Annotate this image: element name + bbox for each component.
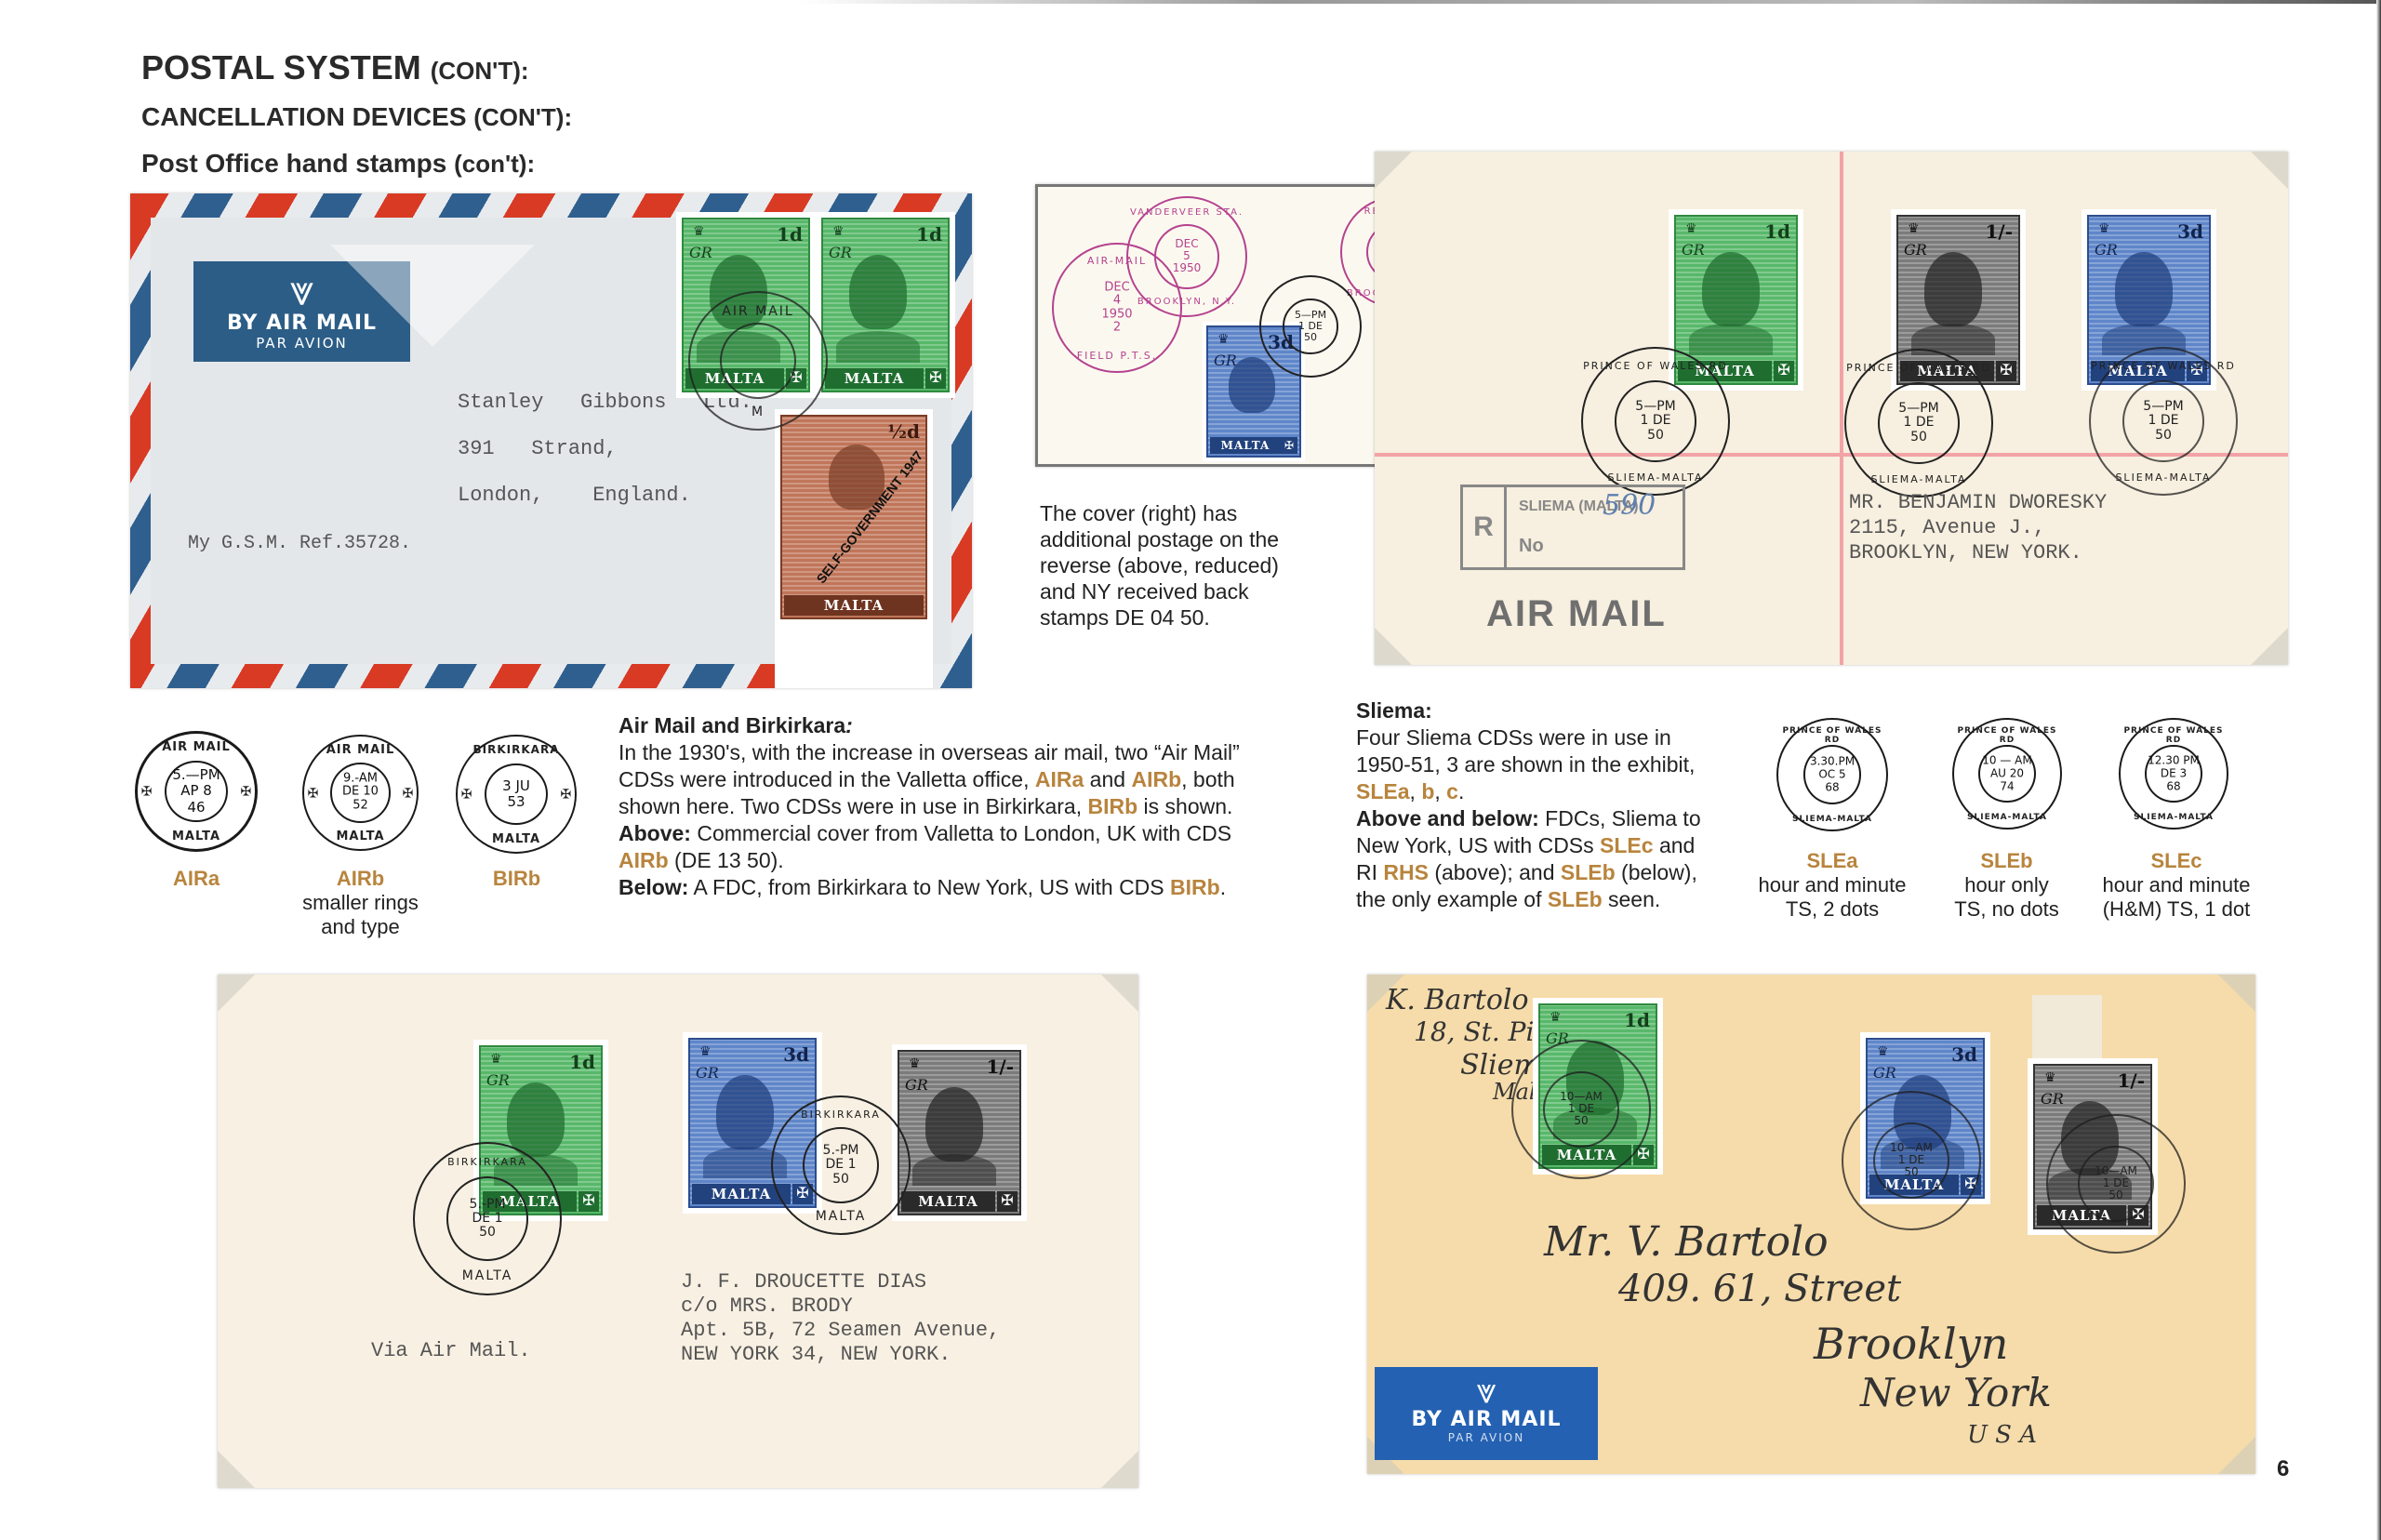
cross-icon: ✠ xyxy=(403,785,414,801)
cover-airmail-london: ⩔ BY AIR MAIL PAR AVION Stanley Gibbons … xyxy=(130,193,972,688)
crown-icon: ♛ xyxy=(832,223,845,239)
cancel-illustration-sleb: PRINCE OF WALES RD10 — AM AU 20 74SLIEMA… xyxy=(1952,718,2062,830)
registration-label: R SLIEMA (MALTA) 590 No xyxy=(1460,485,1685,570)
crown-icon: ♛ xyxy=(909,1055,921,1071)
subsection-title: Post Office hand stamps (con't): xyxy=(141,149,535,179)
postmark-sliema-slec: PRINCE OF WALES RD5—PM 1 DE 50SLIEMA-MAL… xyxy=(1844,349,1993,498)
reference-line: My G.S.M. Ref.35728. xyxy=(188,533,411,554)
cross-icon: ✠ xyxy=(561,787,572,803)
postmark-air-mail: AIR MAILM xyxy=(688,291,828,431)
cancel-label-birb: BIRb xyxy=(454,867,579,891)
cancel-illustration-airb: AIR MAIL9.-AM DE 10 52MALTA✠✠ xyxy=(302,735,419,851)
wings-icon: ⩔ xyxy=(1375,1373,1598,1408)
crown-icon: ♛ xyxy=(2098,220,2110,236)
registered-line-vertical xyxy=(1840,152,1843,665)
registration-no-label: No xyxy=(1519,536,1544,557)
scan-edge-right xyxy=(2376,0,2381,1540)
address-line: U S A xyxy=(1967,1421,2037,1449)
sliema-description: Sliema: Four Sliema CDSs were in use in … xyxy=(1356,697,1719,913)
address-line: Apt. 5B, 72 Seamen Avenue, xyxy=(681,1319,1000,1342)
sheet-margin xyxy=(2032,995,2102,1060)
stamp-1d-green: ♛GR1dMALTA✠ xyxy=(816,212,955,398)
crown-icon: ♛ xyxy=(1550,1009,1562,1025)
airmail-label: ⩔ BY AIR MAIL PAR AVION xyxy=(1375,1367,1598,1460)
cancel-illustration-slea: PRINCE OF WALES RD3.30.PM OC 5 68SLIEMA-… xyxy=(1776,718,1888,831)
stamp-halfpenny-self-government: ½dSELF-GOVERNMENT 1947MALTA xyxy=(775,409,933,688)
postmark-birkirkara-birb: BIRKIRKARA5.-PM DE 1 50MALTA xyxy=(771,1095,911,1235)
crown-icon: ♛ xyxy=(699,1043,712,1059)
cross-icon: ✠ xyxy=(241,784,252,800)
cover-birkirkara-fdc: ♛GR1dMALTA✠ ♛GR3dMALTA✠ ♛GR1/-MALTA✠ BIR… xyxy=(218,975,1138,1488)
george-cross-icon: ✠ xyxy=(1774,361,1794,381)
cancel-label-slea: SLEahour and minuteTS, 2 dots xyxy=(1739,849,1925,922)
scan-edge-top xyxy=(800,0,2381,4)
par-avion-text: PAR AVION xyxy=(193,335,410,352)
crown-icon: ♛ xyxy=(1877,1043,1889,1059)
postmark-sliema-sleb: 10—AM 1 DE 50 xyxy=(2046,1114,2186,1254)
airmail-handstamp: AIR MAIL xyxy=(1486,593,1667,635)
cancel-illustration-slec: PRINCE OF WALES RD12.30 PM DE 3 68SLIEMA… xyxy=(2119,718,2228,830)
postmark-birkirkara-birb: BIRKIRKARA5.-PM DE 1 50MALTA xyxy=(413,1142,562,1295)
reverse-caption: The cover (right) has additional postage… xyxy=(1040,500,1319,631)
postmark-sliema-slec: PRINCE OF WALES RD5—PM 1 DE 50SLIEMA-MAL… xyxy=(2089,347,2238,496)
address-line: 2115, Avenue J., xyxy=(1849,516,2045,539)
crown-icon: ♛ xyxy=(2044,1069,2056,1085)
george-cross-icon: ✠ xyxy=(997,1191,1018,1212)
registration-number: 590 xyxy=(1603,489,1656,522)
address-line: 391 Strand, xyxy=(458,437,618,460)
address-line: MR. BENJAMIN DWORESKY xyxy=(1849,491,2107,514)
postmark-sliema-sleb: 10—AM 1 DE 50 xyxy=(1511,1040,1651,1179)
address-line: c/o MRS. BRODY xyxy=(681,1294,853,1318)
address-line: BROOKLYN, NEW YORK. xyxy=(1849,541,2082,564)
address-line: New York xyxy=(1860,1370,2052,1415)
postmark-prince-of-wales-rd: 5—PM 1 DE 50 xyxy=(1259,275,1362,378)
cover-registered-brooklyn: ♛GR1dMALTA✠ ♛GR1/-MALTA✠ ♛GR3dMALTA✠ PRI… xyxy=(1375,152,2288,665)
cross-icon: ✠ xyxy=(461,787,472,803)
crown-icon: ♛ xyxy=(693,223,705,239)
cancel-illustration-aira: AIR MAIL5.—PM AP 8 46MALTA✠✠ xyxy=(135,731,258,852)
cancel-label-airb: AIRbsmaller rings and type xyxy=(279,867,442,939)
george-cross-icon: ✠ xyxy=(1281,437,1297,454)
address-line: Mr. V. Bartolo xyxy=(1544,1218,1829,1266)
page-number: 6 xyxy=(2277,1456,2289,1482)
george-cross-icon: ✠ xyxy=(925,368,946,389)
crown-icon: ♛ xyxy=(490,1051,502,1067)
cancel-label-slec: SLEchour and minute(H&M) TS, 1 dot xyxy=(2083,849,2269,922)
postmark-vanderveer-station: VANDERVEER STA.DEC 5 1950BROOKLYN, N.Y. xyxy=(1126,196,1247,317)
address-line: Brooklyn xyxy=(1814,1319,2008,1369)
george-cross-icon: ✠ xyxy=(579,1191,599,1212)
stamp-1s-black: ♛GR1/-MALTA✠ xyxy=(892,1044,1027,1221)
sender-line: K. Bartolo xyxy=(1386,984,1529,1016)
air-mail-description: Air Mail and Birkirkara: In the 1930's, … xyxy=(619,712,1270,901)
cover-sliema-fdc: K. Bartolo 18, St. Pius St. Sliema Malta… xyxy=(1367,975,2255,1474)
cross-icon: ✠ xyxy=(141,784,153,800)
airmail-label-text: BY AIR MAIL xyxy=(193,312,410,335)
crown-icon: ♛ xyxy=(1908,220,1920,236)
george-cross-icon: ✠ xyxy=(1996,361,2016,381)
registration-letter: R xyxy=(1463,487,1507,567)
postmark-sliema-sleb: 10—AM 1 DE 50 xyxy=(1842,1091,1981,1230)
cancel-label-sleb: SLEbhour onlyTS, no dots xyxy=(1930,849,2083,922)
crown-icon: ♛ xyxy=(1685,220,1697,236)
crown-icon: ♛ xyxy=(1217,331,1230,347)
via-air-mail: Via Air Mail. xyxy=(371,1339,531,1362)
address-line: NEW YORK 34, NEW YORK. xyxy=(681,1343,951,1366)
cancel-label-aira: AIRa xyxy=(130,867,262,891)
section-title: CANCELLATION DEVICES (CON'T): xyxy=(141,102,572,132)
address-line: J. F. DROUCETTE DIAS xyxy=(681,1270,926,1294)
address-line: London, England. xyxy=(458,484,691,507)
cross-icon: ✠ xyxy=(308,785,319,801)
address-line: 409. 61, Street xyxy=(1618,1268,1901,1310)
postmark-sliema-slec: PRINCE OF WALES RD5—PM 1 DE 50SLIEMA-MAL… xyxy=(1581,347,1730,496)
cancel-illustration-birb: BIRKIRKARA3 JU 53MALTA✠✠ xyxy=(456,735,577,854)
page-title: POSTAL SYSTEM (CON'T): xyxy=(141,48,529,87)
